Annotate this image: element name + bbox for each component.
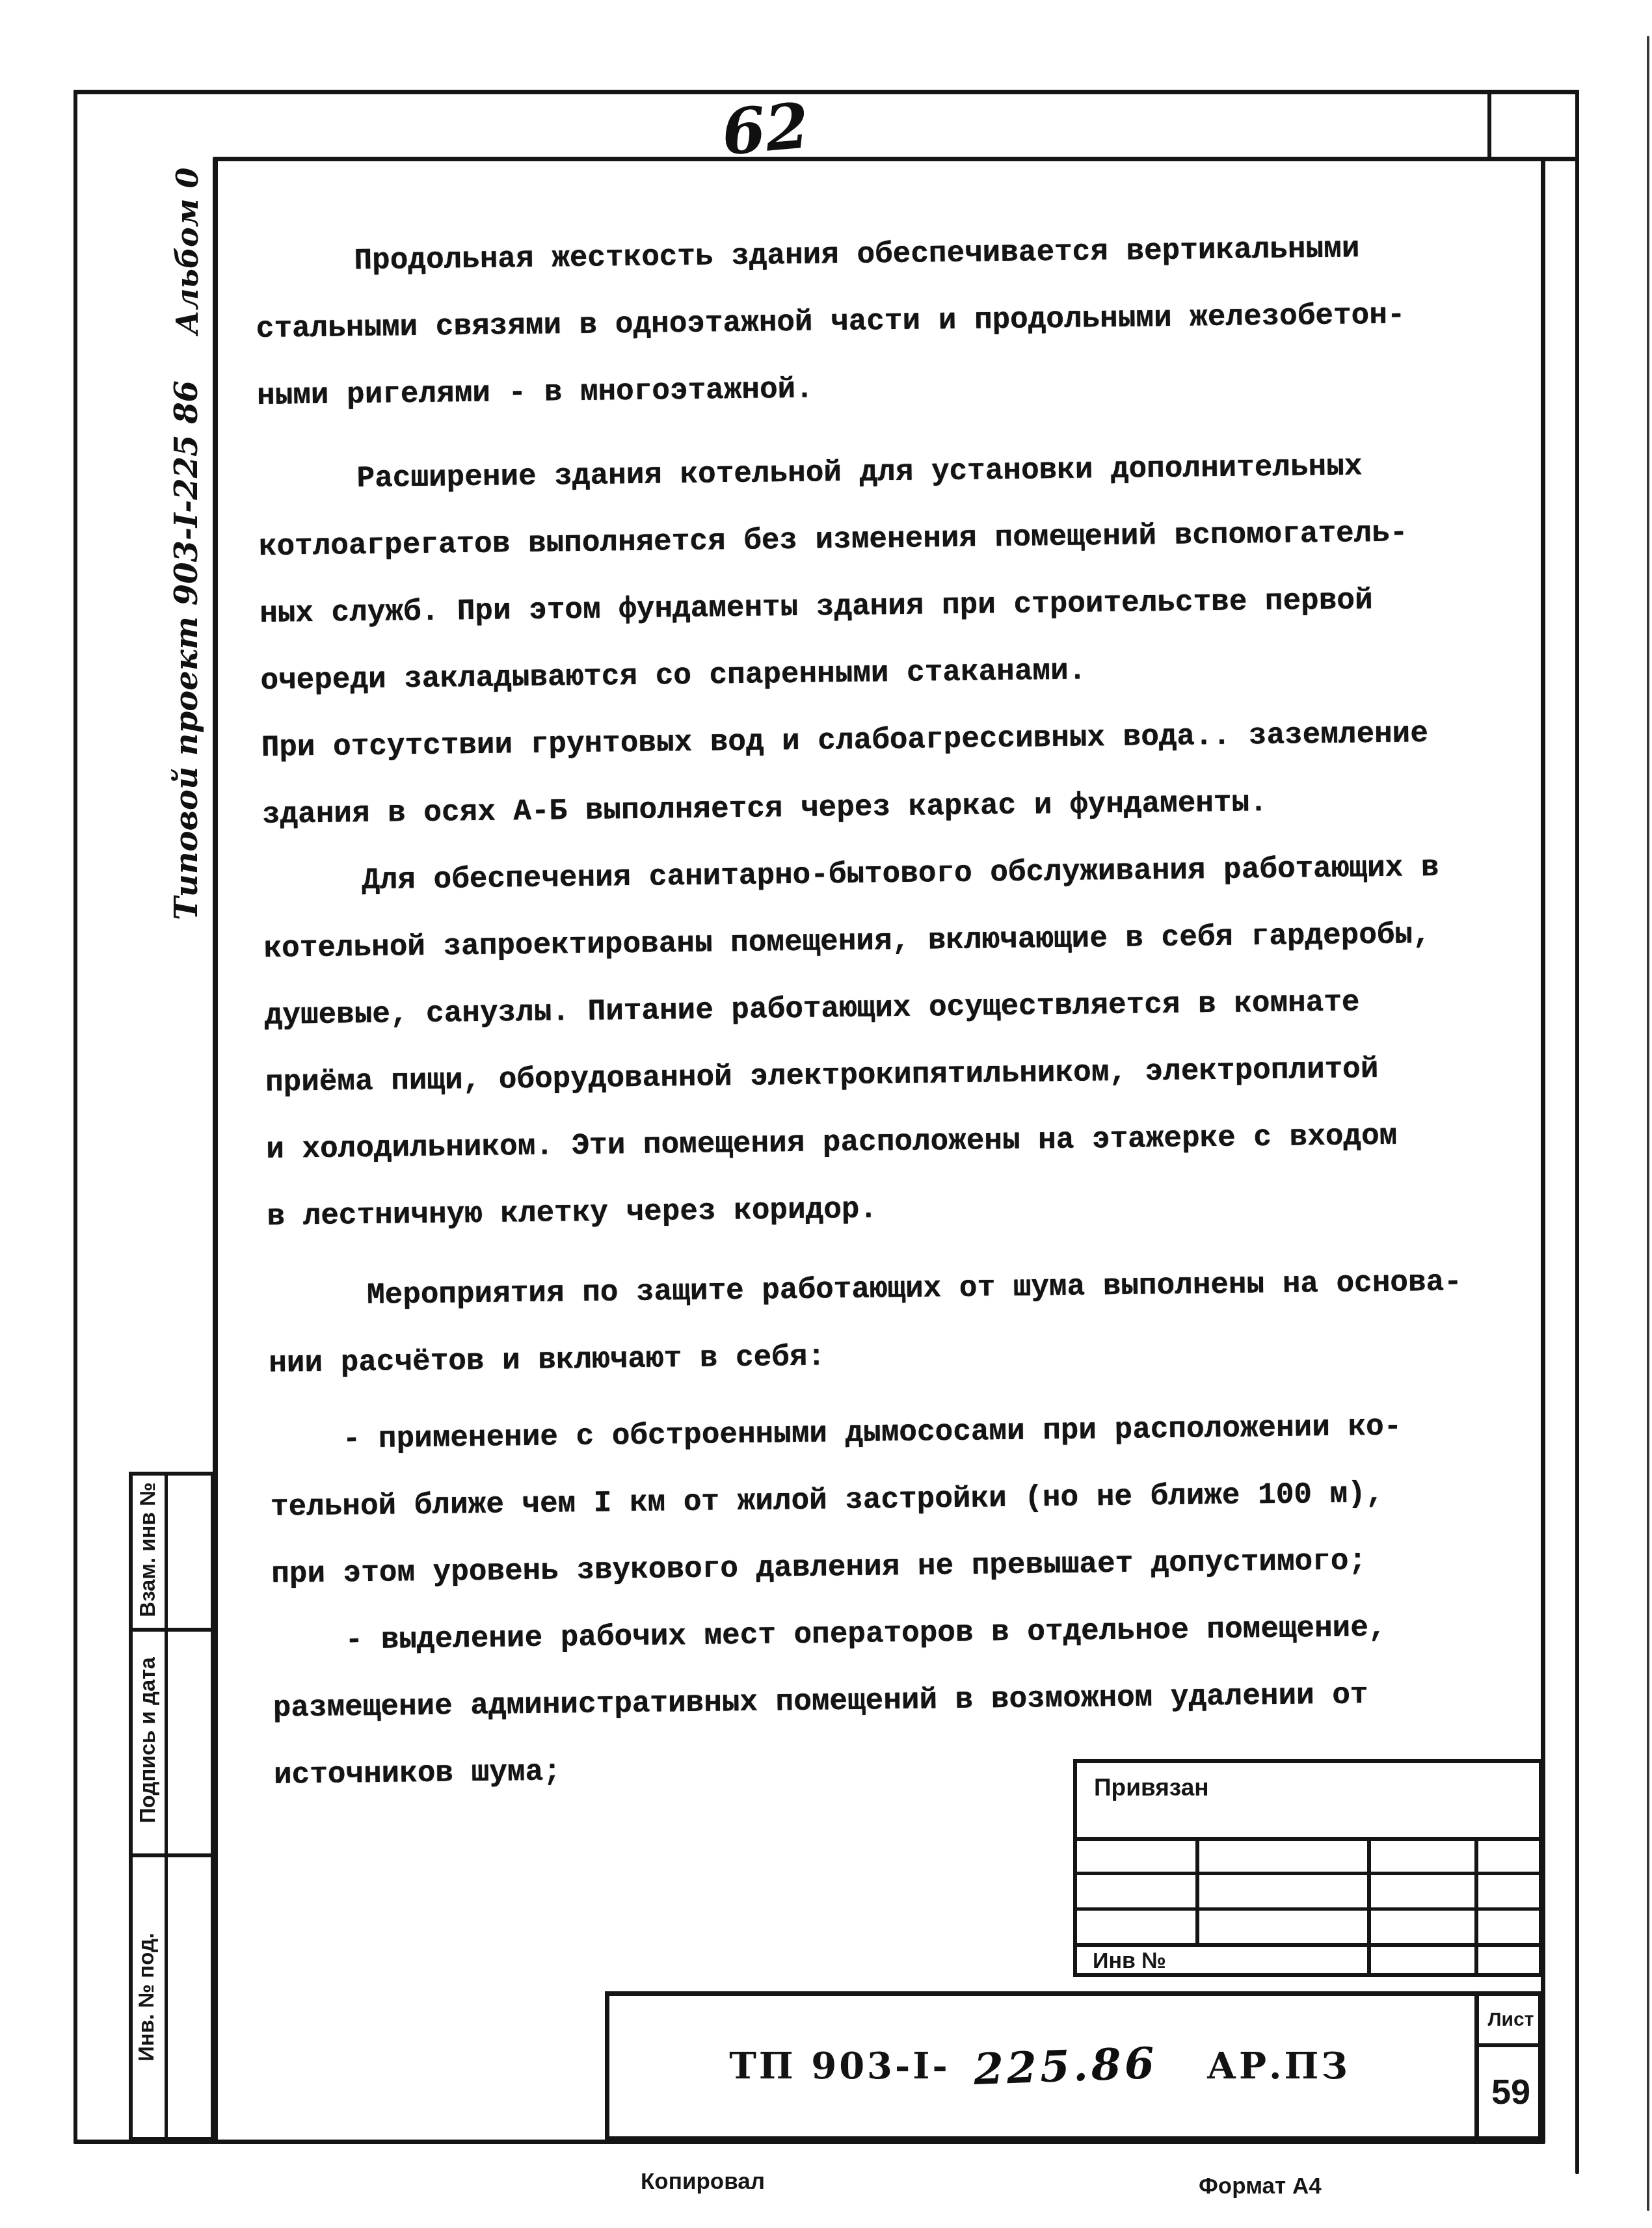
title-bar-sheet-divider <box>1474 1991 1479 2141</box>
header-corner-box-divider <box>1487 90 1491 160</box>
scan-edge-artifact <box>1647 36 1649 2211</box>
binding-label: Привязан <box>1094 1774 1209 1801</box>
document-designation: ТП 903-I- 225.86 АР.ПЗ <box>605 1991 1474 2141</box>
binding-stamp-hline-1 <box>1073 1837 1543 1841</box>
copied-label: Копировал <box>641 2169 765 2195</box>
doc-number-handwritten: 225.86 <box>972 2037 1158 2095</box>
header-rule-top <box>73 90 1579 94</box>
left-stamp-row-divider-1 <box>129 1628 215 1632</box>
binding-stamp-vline-3 <box>1474 1837 1478 1977</box>
left-stamp-row-divider-2 <box>129 1853 215 1857</box>
inventory-number-label: Инв № <box>1093 1948 1166 1974</box>
format-label: Формат А4 <box>1199 2173 1322 2199</box>
binding-stamp-vline-1 <box>1195 1837 1199 1947</box>
stamp-label-podpis-data: Подпись и дата <box>135 1643 161 1838</box>
stamp-label-vzam-inv: Взам. инв № <box>135 1478 161 1621</box>
doc-code: АР.ПЗ <box>1206 2045 1350 2088</box>
stamp-label-inv-pod: Инв. № под. <box>133 1913 159 2082</box>
outer-border-left <box>73 90 77 2143</box>
sheet-label: Лист <box>1479 1996 1543 2043</box>
sheet-number: 59 <box>1479 2047 1543 2137</box>
left-stamp-label-divider <box>165 1472 168 2141</box>
album-note-handwritten: Альбом 0 <box>170 166 204 336</box>
binding-stamp-vline-2 <box>1367 1837 1371 1977</box>
document-text: Продольная жесткость здания обеспечивает… <box>255 213 1569 1809</box>
outer-border-right <box>1575 90 1579 2174</box>
doc-number-prefix: ТП 903-I- <box>729 2045 950 2088</box>
project-note-handwritten: Типовой проект 903-I-225 86 <box>167 403 206 897</box>
page-number-handwritten: 62 <box>719 88 812 169</box>
binding-stamp-hline-3 <box>1073 1907 1543 1911</box>
binding-stamp-hline-4 <box>1073 1943 1543 1947</box>
binding-stamp-hline-2 <box>1073 1872 1543 1875</box>
scanned-page: 62 Альбом 0 Типовой проект 903-I-225 86 … <box>0 0 1652 2228</box>
header-rule-bottom <box>215 157 1579 161</box>
